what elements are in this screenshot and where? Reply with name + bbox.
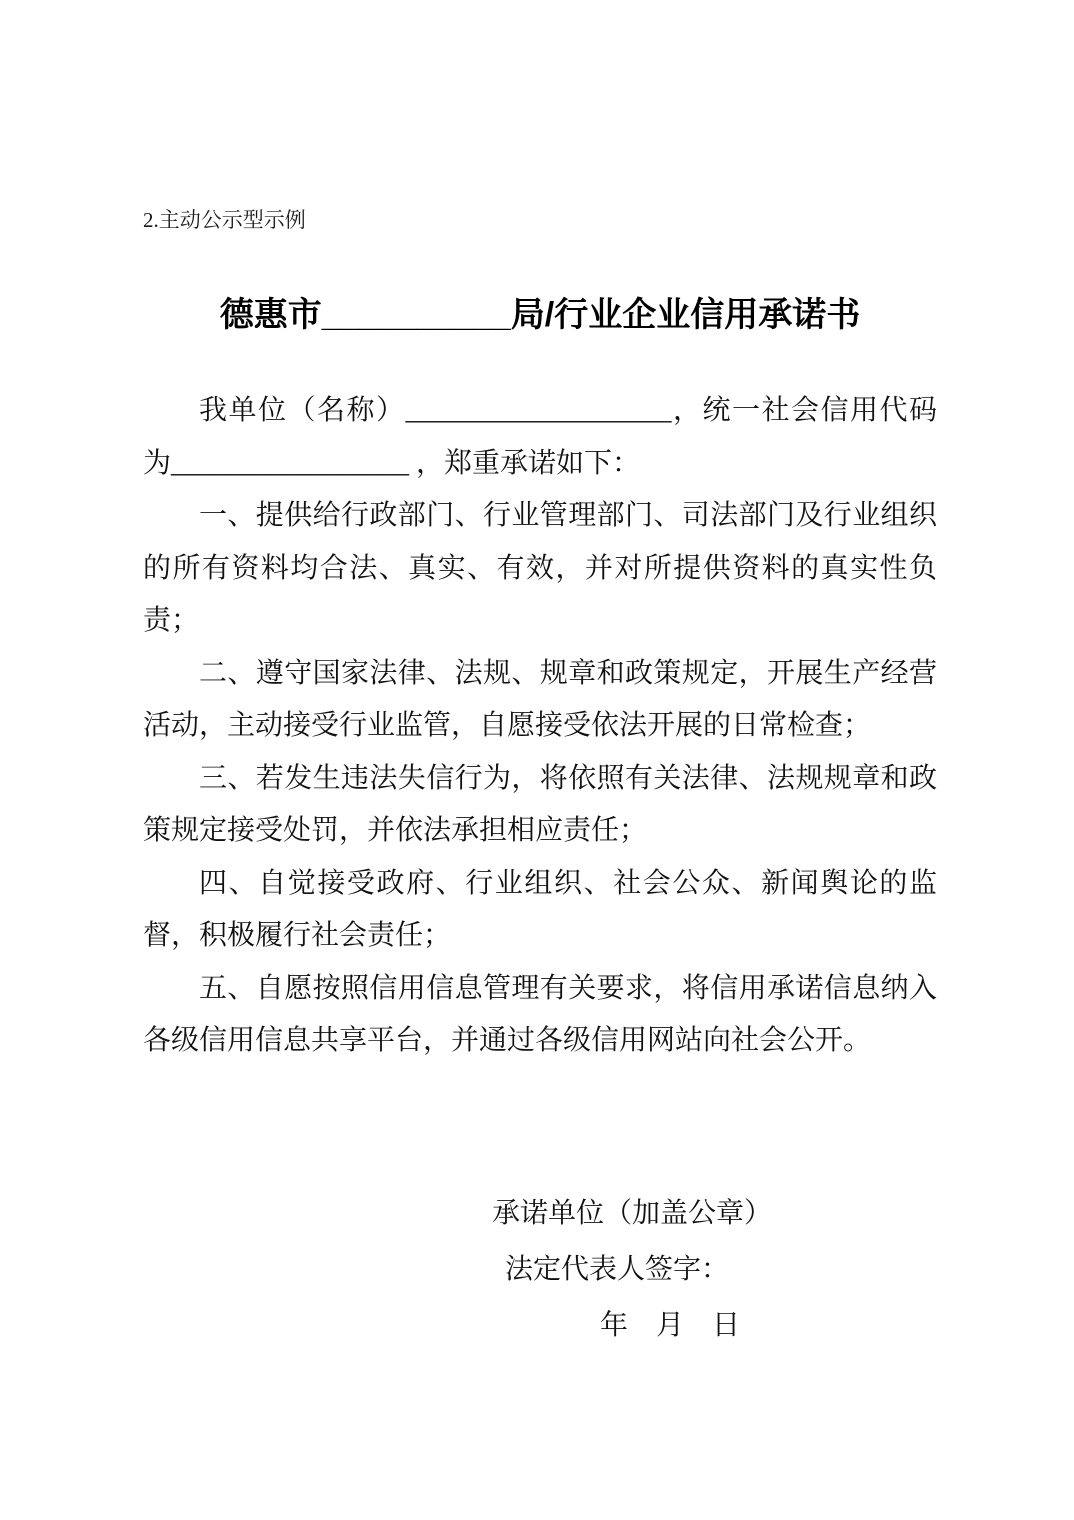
paragraph-commitment-4: 四、自觉接受政府、行业组织、社会公众、新闻舆论的监督，积极履行社会责任； [143, 858, 937, 963]
signature-date-line: 年 月 日 [143, 1298, 937, 1354]
document-content: 2.主动公示型示例 德惠市__________局/行业企业信用承诺书 我单位（名… [143, 205, 937, 1354]
paragraph-intro: 我单位（名称）___________________，统一社会信用代码为____… [143, 385, 937, 490]
section-label: 2.主动公示型示例 [143, 205, 937, 235]
document-title: 德惠市__________局/行业企业信用承诺书 [143, 291, 937, 339]
paragraph-commitment-5: 五、自愿按照信用信息管理有关要求，将信用承诺信息纳入各级信用信息共享平台，并通过… [143, 963, 937, 1068]
paragraph-commitment-1: 一、提供给行政部门、行业管理部门、司法部门及行业组织的所有资料均合法、真实、有效… [143, 490, 937, 648]
signature-block: 承诺单位（加盖公章） 法定代表人签字： 年 月 日 [143, 1186, 937, 1354]
paragraph-commitment-3: 三、若发生违法失信行为，将依照有关法律、法规规章和政策规定接受处罚，并依法承担相… [143, 753, 937, 858]
title-blank-underline: __________ [322, 296, 511, 334]
title-suffix: 局/行业企业信用承诺书 [511, 296, 860, 334]
document-page: 2.主动公示型示例 德惠市__________局/行业企业信用承诺书 我单位（名… [0, 0, 1074, 1520]
title-prefix: 德惠市 [220, 296, 322, 334]
document-body: 我单位（名称）___________________，统一社会信用代码为____… [143, 385, 937, 1068]
paragraph-commitment-2: 二、遵守国家法律、法规、规章和政策规定，开展生产经营活动，主动接受行业监管，自愿… [143, 648, 937, 753]
signature-unit-line: 承诺单位（加盖公章） [143, 1186, 937, 1242]
signature-legal-rep-line: 法定代表人签字： [143, 1242, 937, 1298]
